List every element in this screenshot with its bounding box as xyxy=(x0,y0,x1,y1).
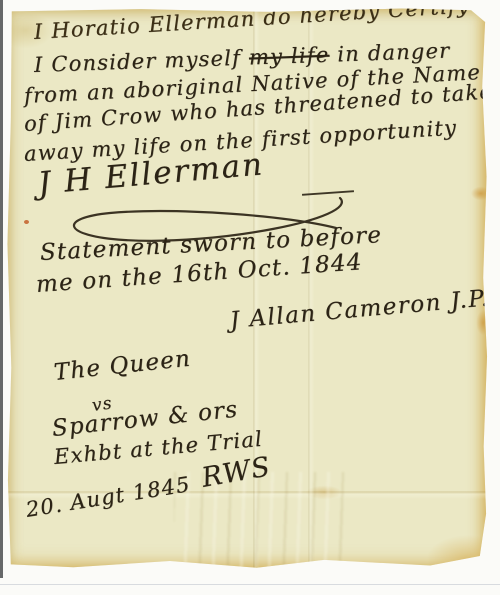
scanner-edge-shadow xyxy=(0,0,3,578)
statement-line-1: I Horatio Ellerman do hereby Certify tha… xyxy=(33,0,500,44)
docket-date: 20. Augt 1845 xyxy=(24,472,192,522)
scan-bottom-line xyxy=(0,584,500,585)
docket-initials: RWS xyxy=(199,451,273,494)
paper-fold-wrinkles xyxy=(174,472,344,568)
signature-trailing-dash xyxy=(302,190,354,196)
ink-stain-dot xyxy=(24,220,29,224)
manuscript-paper: I Horatio Ellerman do hereby Certify tha… xyxy=(6,8,488,570)
statement-line-2-pre: I Consider myself xyxy=(34,46,242,77)
scanned-document-photo: { "colors": { "paper": "#ebe8c5", "ink":… xyxy=(0,0,500,595)
docket-party1: The Queen xyxy=(53,346,193,386)
statement-struck-words: my life xyxy=(248,43,329,70)
cameron-signature: J Allan Cameron J.P. xyxy=(229,285,491,334)
